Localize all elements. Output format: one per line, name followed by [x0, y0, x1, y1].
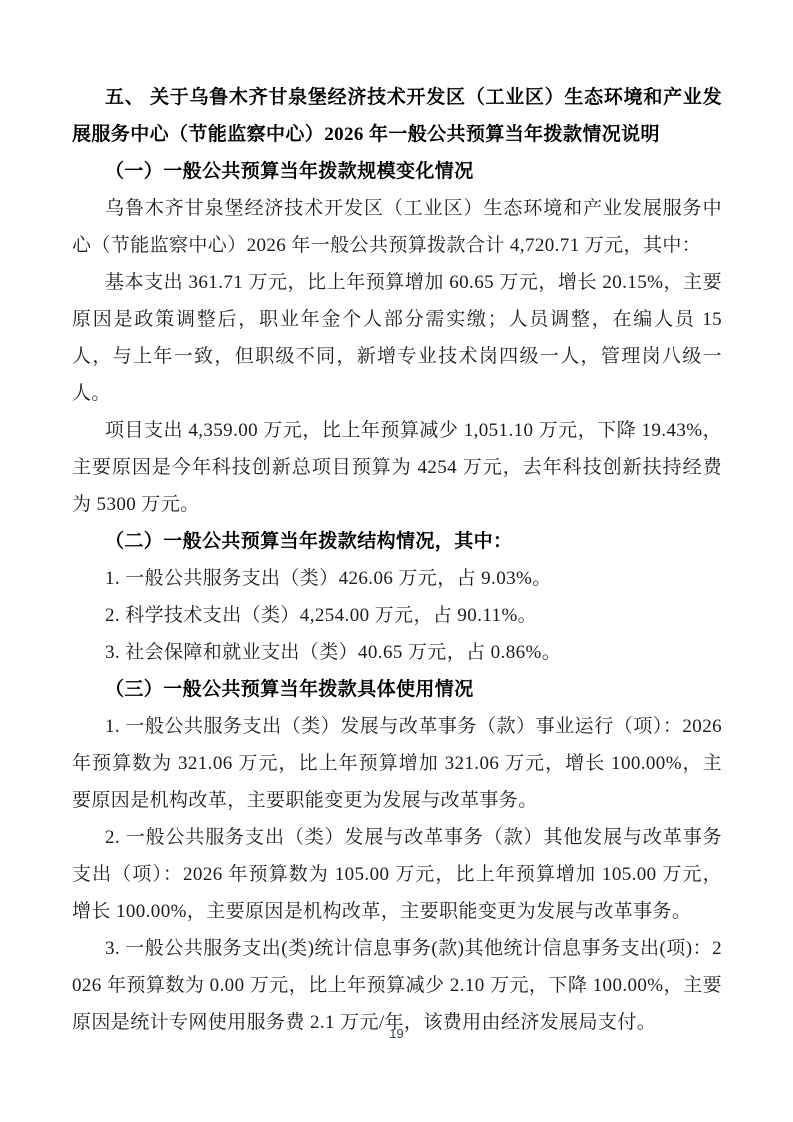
document-body: 五、 关于乌鲁木齐甘泉堡经济技术开发区（工业区）生态环境和产业发展服务中心（节能…	[72, 79, 722, 1041]
paragraph-total-allocation: 乌鲁木齐甘泉堡经济技术开发区（工业区）生态环境和产业发展服务中心（节能监察中心）…	[72, 190, 722, 264]
usage-item-1: 1. 一般公共服务支出（类）发展与改革事务（款）事业运行（项）：2026 年预算…	[72, 708, 722, 819]
list-item-social-security: 3. 社会保障和就业支出（类）40.65 万元，占 0.86%。	[72, 634, 722, 671]
main-heading: 五、 关于乌鲁木齐甘泉堡经济技术开发区（工业区）生态环境和产业发展服务中心（节能…	[72, 79, 722, 153]
paragraph-project-expenditure: 项目支出 4,359.00 万元，比上年预算减少 1,051.10 万元，下降 …	[72, 412, 722, 523]
paragraph-basic-expenditure: 基本支出 361.71 万元，比上年预算增加 60.65 万元，增长 20.15…	[72, 264, 722, 412]
list-item-general-services: 1. 一般公共服务支出（类）426.06 万元，占 9.03%。	[72, 560, 722, 597]
usage-item-2: 2. 一般公共服务支出（类）发展与改革事务（款）其他发展与改革事务支出（项）：2…	[72, 819, 722, 930]
section-heading-3: （三）一般公共预算当年拨款具体使用情况	[72, 671, 722, 708]
list-item-science-technology: 2. 科学技术支出（类）4,254.00 万元，占 90.11%。	[72, 597, 722, 634]
page-number: 19	[0, 1026, 793, 1041]
section-heading-2: （二）一般公共预算当年拨款结构情况，其中：	[72, 523, 722, 560]
document-page: 五、 关于乌鲁木齐甘泉堡经济技术开发区（工业区）生态环境和产业发展服务中心（节能…	[0, 0, 793, 1122]
usage-item-3: 3. 一般公共服务支出(类)统计信息事务(款)其他统计信息事务支出(项)：202…	[72, 930, 722, 1041]
section-heading-1: （一）一般公共预算当年拨款规模变化情况	[72, 153, 722, 190]
